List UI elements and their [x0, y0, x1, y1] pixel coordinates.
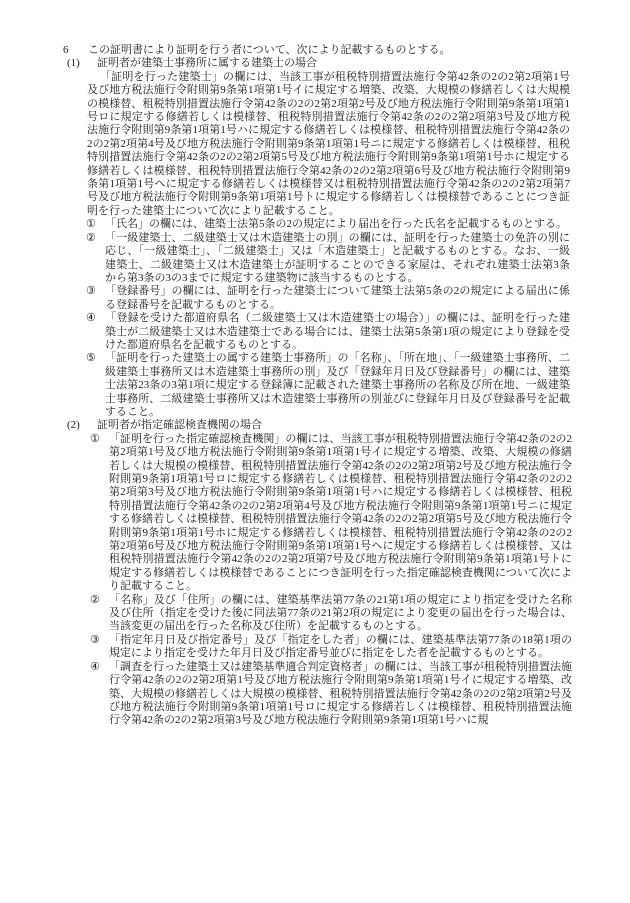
- paragraph-6-number: 6: [63, 44, 88, 57]
- document-page: 6この証明書により証明を行う者について、次により記載するものとする。 (1)証明…: [0, 0, 630, 903]
- sub1-item-2-marker: ②: [86, 232, 105, 245]
- subsection-2-title: 証明者が指定確認検査機関の場合: [97, 419, 262, 431]
- subsection-1-heading: (1)証明者が建築士事務所に属する建築士の場合: [67, 57, 574, 70]
- paragraph-6: 6この証明書により証明を行う者について、次により記載するものとする。: [63, 44, 574, 57]
- sub2-item-1-text: 「証明を行った指定確認検査機関」の欄には、当該工事が租税特別措置法施行令第42条…: [109, 433, 572, 592]
- sub1-list-item-4: ④「登録を受けた都道府県名（二級建築士又は木造建築士の場合）」の欄には、証明を行…: [86, 312, 570, 352]
- sub2-list-item-4: ④「調査を行った建築士又は建築基準適合判定資格者」の欄には、当該工事が租税特別措…: [90, 661, 572, 728]
- sub2-item-2-marker: ②: [90, 594, 109, 607]
- sub2-item-2-text: 「名称」及び「住所」の欄には、建築基準法第77条の21第1項の規定により指定を受…: [109, 594, 572, 633]
- sub2-item-1-marker: ①: [90, 433, 109, 446]
- sub2-item-4-text: 「調査を行った建築士又は建築基準適合判定資格者」の欄には、当該工事が租税特別措置…: [109, 661, 572, 727]
- sub1-item-5-marker: ⑤: [86, 352, 105, 365]
- sub1-item-3-text: 「登録番号」の欄には、証明を行った建築士について建築士法第5条の2の規定による届…: [105, 285, 570, 310]
- sub1-item-1-text: 「氏名」の欄には、建築士法第5条の2の規定により届出を行った氏名を記載するものと…: [105, 218, 567, 230]
- subsection-2-heading: (2)証明者が指定確認検査機関の場合: [67, 419, 574, 432]
- sub2-list-item-3: ③「指定年月日及び指定番号」及び「指定をした者」の欄には、建築基準法第77条の1…: [90, 634, 572, 661]
- sub2-item-3-text: 「指定年月日及び指定番号」及び「指定をした者」の欄には、建築基準法第77条の18…: [109, 634, 572, 659]
- sub1-item-1-marker: ①: [86, 218, 105, 231]
- sub1-list-item-1: ①「氏名」の欄には、建築士法第5条の2の規定により届出を行った氏名を記載するもの…: [86, 218, 570, 231]
- sub2-list-item-2: ②「名称」及び「住所」の欄には、建築基準法第77条の21第1項の規定により指定を…: [90, 594, 572, 634]
- sub1-list-item-2: ②「一級建築士、二級建築士又は木造建築士の別」の欄には、証明を行った建築士の免許…: [86, 232, 570, 286]
- sub1-item-5-text: 「証明を行った建築士の属する建築士事務所」の「名称」、「所在地」、「一級建築士事…: [105, 352, 570, 418]
- sub2-item-4-marker: ④: [90, 661, 109, 674]
- sub2-list-item-1: ①「証明を行った指定確認検査機関」の欄には、当該工事が租税特別措置法施行令第42…: [90, 433, 572, 594]
- sub2-item-3-marker: ③: [90, 634, 109, 647]
- sub1-list-item-3: ③「登録番号」の欄には、証明を行った建築士について建築士法第5条の2の規定による…: [86, 285, 570, 312]
- subsection-1-title: 証明者が建築士事務所に属する建築士の場合: [97, 57, 317, 69]
- subsection-1-intro-paragraph: 「証明を行った建築士」の欄には、当該工事が租税特別措置法施行令第42条の2の2第…: [87, 71, 570, 218]
- subsection-2-marker: (2): [67, 419, 97, 432]
- sub1-item-3-marker: ③: [86, 285, 105, 298]
- sub1-list-item-5: ⑤「証明を行った建築士の属する建築士事務所」の「名称」、「所在地」、「一級建築士…: [86, 352, 570, 419]
- paragraph-6-text: この証明書により証明を行う者について、次により記載するものとする。: [88, 44, 451, 56]
- sub1-item-4-text: 「登録を受けた都道府県名（二級建築士又は木造建築士の場合）」の欄には、証明を行っ…: [105, 312, 570, 351]
- subsection-1-marker: (1): [67, 57, 97, 70]
- sub1-item-4-marker: ④: [86, 312, 105, 325]
- sub1-item-2-text: 「一級建築士、二級建築士又は木造建築士の別」の欄には、証明を行った建築士の免許の…: [105, 232, 570, 284]
